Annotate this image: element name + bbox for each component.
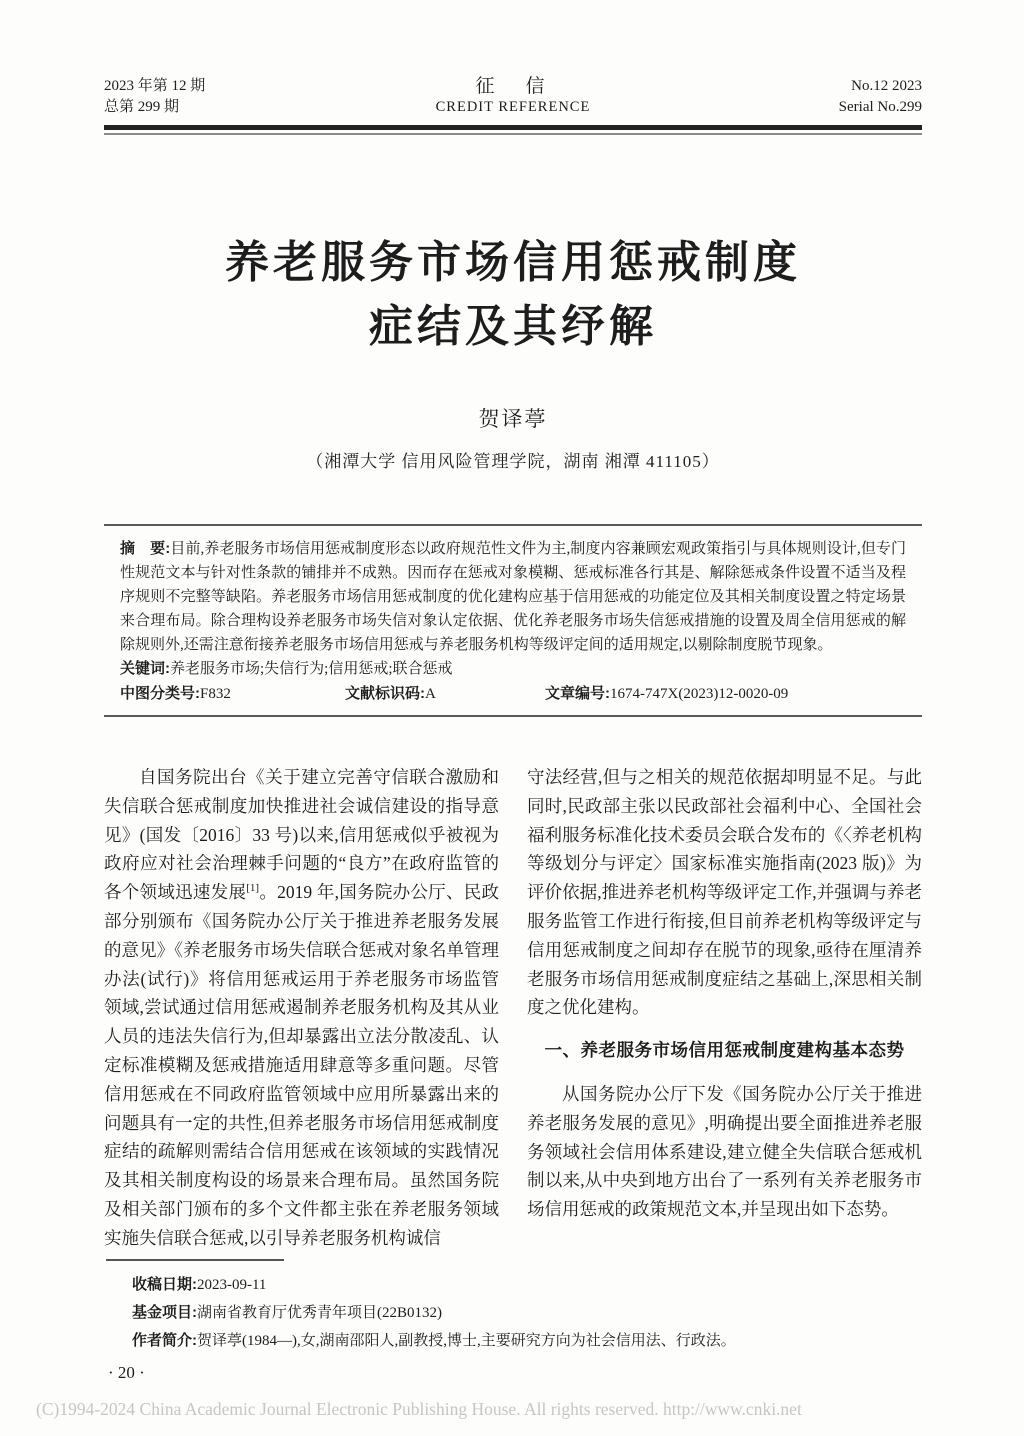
page-number: · 20 · bbox=[104, 1363, 922, 1383]
article-id-value: 1674-747X(2023)12-0020-09 bbox=[610, 686, 788, 702]
journal-name-cn: 征 信 bbox=[436, 76, 591, 97]
author-affiliation: （湘潭大学 信用风险管理学院，湖南 湘潭 411105） bbox=[104, 447, 922, 472]
right-column: 守法经营,但与之相关的规范依据却明显不足。与此同时,民政部主张以民政部社会福利中… bbox=[527, 763, 922, 1253]
paragraph-2: 从国务院办公厅下发《国务院办公厅关于推进养老服务发展的意见》,明确提出要全面推进… bbox=[527, 1080, 922, 1224]
header-serial-line: Serial No.299 bbox=[752, 97, 922, 118]
left-column: 自国务院出台《关于建立完善守信联合激励和失信联合惩戒制度加快推进社会诚信建设的指… bbox=[104, 763, 499, 1253]
header-number-info: No.12 2023 Serial No.299 bbox=[752, 76, 922, 118]
section-1-heading: 一、养老服务市场信用惩戒制度建构基本态势 bbox=[527, 1036, 922, 1065]
received-date-line: 收稿日期:2023-09-11 bbox=[104, 1271, 922, 1299]
abstract-box: 摘 要:目前,养老服务市场信用惩戒制度形态以政府规范性文件为主,制度内容兼顾宏观… bbox=[104, 524, 922, 717]
doc-code-value: A bbox=[425, 686, 436, 702]
paragraph-1-runover: 守法经营,但与之相关的规范依据却明显不足。与此同时,民政部主张以民政部社会福利中… bbox=[527, 763, 922, 1022]
cnki-copyright-line: (C)1994-2024 China Academic Journal Elec… bbox=[36, 1399, 802, 1420]
footnote-divider bbox=[106, 1259, 284, 1261]
keywords-label: 关键词: bbox=[120, 660, 170, 677]
journal-header: 2023 年第 12 期 总第 299 期 征 信 CREDIT REFEREN… bbox=[104, 0, 922, 118]
article-id: 文章编号:1674-747X(2023)12-0020-09 bbox=[545, 682, 788, 706]
issue-year-line: 2023 年第 12 期 bbox=[104, 76, 274, 97]
author-bio-line: 作者简介:贺译葶(1984—),女,湖南邵阳人,副教授,博士,主要研究方向为社会… bbox=[104, 1327, 922, 1355]
document-code: 文献标识码:A bbox=[345, 682, 545, 706]
clc-value: F832 bbox=[200, 686, 231, 702]
abstract-label: 摘 要: bbox=[120, 540, 170, 557]
doc-code-label: 文献标识码: bbox=[345, 685, 425, 702]
header-journal-name: 征 信 CREDIT REFERENCE bbox=[436, 76, 591, 118]
abstract-paragraph: 摘 要:目前,养老服务市场信用惩戒制度形态以政府规范性文件为主,制度内容兼顾宏观… bbox=[120, 537, 906, 657]
classification-line: 中图分类号:F832 文献标识码:A 文章编号:1674-747X(2023)1… bbox=[120, 682, 906, 706]
fund-project-value: 湖南省教育厅优秀青年项目(22B0132) bbox=[197, 1305, 442, 1321]
author-name: 贺译葶 bbox=[104, 403, 922, 433]
page-content: 2023 年第 12 期 总第 299 期 征 信 CREDIT REFEREN… bbox=[104, 0, 922, 1383]
issue-serial-line: 总第 299 期 bbox=[104, 97, 274, 118]
citation-marker-1: [1] bbox=[246, 882, 259, 894]
header-no-line: No.12 2023 bbox=[752, 76, 922, 97]
author-bio-value: 贺译葶(1984—),女,湖南邵阳人,副教授,博士,主要研究方向为社会信用法、行… bbox=[197, 1333, 736, 1349]
keywords-line: 关键词:养老服务市场;失信行为;信用惩戒;联合惩戒 bbox=[120, 657, 906, 681]
keywords-text: 养老服务市场;失信行为;信用惩戒;联合惩戒 bbox=[170, 661, 453, 677]
article-title-line1: 养老服务市场信用惩戒制度 bbox=[104, 231, 922, 295]
clc-label: 中图分类号: bbox=[120, 685, 200, 702]
abstract-text: 目前,养老服务市场信用惩戒制度形态以政府规范性文件为主,制度内容兼顾宏观政策指引… bbox=[120, 541, 906, 653]
received-date-value: 2023-09-11 bbox=[197, 1277, 266, 1293]
article-title-line2: 症结及其纾解 bbox=[104, 295, 922, 359]
footnote-area: 收稿日期:2023-09-11 基金项目:湖南省教育厅优秀青年项目(22B013… bbox=[104, 1259, 922, 1355]
article-id-label: 文章编号: bbox=[545, 685, 610, 702]
article-title: 养老服务市场信用惩戒制度 症结及其纾解 bbox=[104, 231, 922, 359]
header-rule-thin bbox=[104, 133, 922, 135]
fund-project-line: 基金项目:湖南省教育厅优秀青年项目(22B0132) bbox=[104, 1299, 922, 1327]
journal-page: 2023 年第 12 期 总第 299 期 征 信 CREDIT REFEREN… bbox=[0, 0, 1024, 1436]
header-issue-info: 2023 年第 12 期 总第 299 期 bbox=[104, 76, 274, 118]
journal-name-en: CREDIT REFERENCE bbox=[436, 97, 591, 118]
paragraph-1-continued: 。2019 年,国务院办公厅、民政部分别颁布《国务院办公厅关于推进养老服务发展的… bbox=[104, 882, 499, 1248]
body-columns: 自国务院出台《关于建立完善守信联合激励和失信联合惩戒制度加快推进社会诚信建设的指… bbox=[104, 763, 922, 1253]
fund-project-label: 基金项目: bbox=[132, 1304, 197, 1321]
received-date-label: 收稿日期: bbox=[132, 1276, 197, 1293]
clc-number: 中图分类号:F832 bbox=[120, 682, 345, 706]
paragraph-1: 自国务院出台《关于建立完善守信联合激励和失信联合惩戒制度加快推进社会诚信建设的指… bbox=[104, 763, 499, 1253]
header-rule-thick bbox=[104, 125, 922, 130]
author-bio-label: 作者简介: bbox=[132, 1332, 197, 1349]
